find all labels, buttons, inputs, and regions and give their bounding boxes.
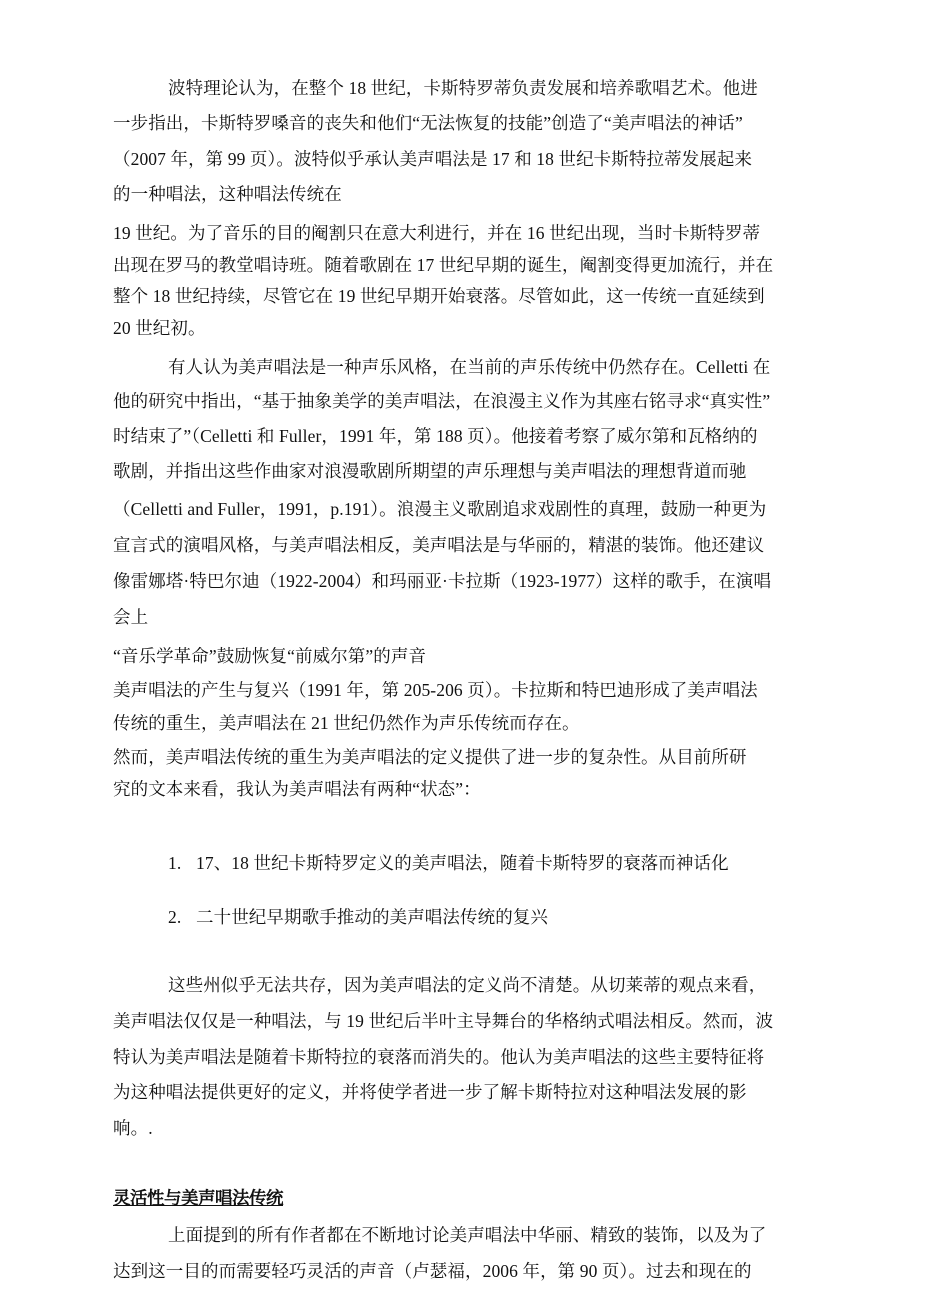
- document-page: 波特理论认为，在整个 18 世纪，卡斯特罗蒂负责发展和培养歌唱艺术。他进 一步指…: [0, 0, 926, 1309]
- text-line: 歌剧，并指出这些作曲家对浪漫歌剧所期望的声乐理想与美声唱法的理想背道而驰: [113, 459, 747, 483]
- text-line: （2007 年，第 99 页）。波特似乎承认美声唱法是 17 和 18 世纪卡斯…: [113, 147, 752, 171]
- text-line: 时结束了”（Celletti 和 Fuller，1991 年，第 188 页）。…: [113, 424, 758, 448]
- text-line: 出现在罗马的教堂唱诗班。随着歌剧在 17 世纪早期的诞生，阉割变得更加流行，并在: [113, 253, 773, 277]
- text-line: 波特理论认为，在整个 18 世纪，卡斯特罗蒂负责发展和培养歌唱艺术。他进: [168, 76, 758, 100]
- text-line: 然而，美声唱法传统的重生为美声唱法的定义提供了进一步的复杂性。从目前所研: [113, 745, 747, 769]
- text-line: 美声唱法仅仅是一种唱法，与 19 世纪后半叶主导舞台的华格纳式唱法相反。然而，波: [113, 1009, 773, 1033]
- text-line: 这些州似乎无法共存，因为美声唱法的定义尚不清楚。从切莱蒂的观点来看，: [168, 973, 766, 997]
- list-text: 二十世纪早期歌手推动的美声唱法传统的复兴: [196, 907, 548, 927]
- text-line: 的一种唱法，这种唱法传统在: [113, 182, 342, 206]
- text-line: 究的文本来看，我认为美声唱法有两种“状态”：: [113, 777, 481, 801]
- text-line: 上面提到的所有作者都在不断地讨论美声唱法中华丽、精致的装饰，以及为了: [168, 1223, 766, 1247]
- list-item: 1.17、18 世纪卡斯特罗定义的美声唱法，随着卡斯特罗的衰落而神话化: [168, 851, 729, 875]
- list-text: 17、18 世纪卡斯特罗定义的美声唱法，随着卡斯特罗的衰落而神话化: [196, 853, 729, 873]
- text-line: 整个 18 世纪持续，尽管它在 19 世纪早期开始衰落。尽管如此，这一传统一直延…: [113, 284, 765, 308]
- text-line: 美声唱法的产生与复兴（1991 年，第 205-206 页）。卡拉斯和特巴迪形成…: [113, 678, 758, 702]
- text-line: （Celletti and Fuller，1991，p.191）。浪漫主义歌剧追…: [113, 497, 766, 521]
- text-line: 特认为美声唱法是随着卡斯特拉的衰落而消失的。他认为美声唱法的这些主要特征将: [113, 1045, 764, 1069]
- text-line: 会上: [113, 605, 148, 629]
- text-line: 响。.: [113, 1116, 153, 1140]
- text-line: 达到这一目的而需要轻巧灵活的声音（卢瑟福，2006 年，第 90 页）。过去和现…: [113, 1259, 752, 1283]
- text-line: 有人认为美声唱法是一种声乐风格，在当前的声乐传统中仍然存在。Celletti 在: [168, 355, 770, 379]
- list-number: 1.: [168, 851, 196, 875]
- section-heading: 灵活性与美声唱法传统: [113, 1187, 283, 1211]
- list-item: 2.二十世纪早期歌手推动的美声唱法传统的复兴: [168, 905, 548, 929]
- text-line: “音乐学革命”鼓励恢复“前威尔第”的声音: [113, 644, 426, 668]
- list-number: 2.: [168, 905, 196, 929]
- text-line: 传统的重生，美声唱法在 21 世纪仍然作为声乐传统而存在。: [113, 711, 580, 735]
- text-line: 19 世纪。为了音乐的目的阉割只在意大利进行，并在 16 世纪出现，当时卡斯特罗…: [113, 221, 760, 245]
- text-line: 为这种唱法提供更好的定义，并将使学者进一步了解卡斯特拉对这种唱法发展的影: [113, 1080, 747, 1104]
- text-line: 20 世纪初。: [113, 316, 206, 340]
- text-line: 他的研究中指出，“基于抽象美学的美声唱法，在浪漫主义作为其座右铭寻求“真实性”: [113, 389, 770, 413]
- text-line: 一步指出，卡斯特罗嗓音的丧失和他们“无法恢复的技能”创造了“美声唱法的神话”: [113, 111, 743, 135]
- text-line: 宣言式的演唱风格，与美声唱法相反，美声唱法是与华丽的，精湛的装饰。他还建议: [113, 533, 764, 557]
- text-line: 像雷娜塔·特巴尔迪（1922-2004）和玛丽亚·卡拉斯（1923-1977）这…: [113, 569, 771, 593]
